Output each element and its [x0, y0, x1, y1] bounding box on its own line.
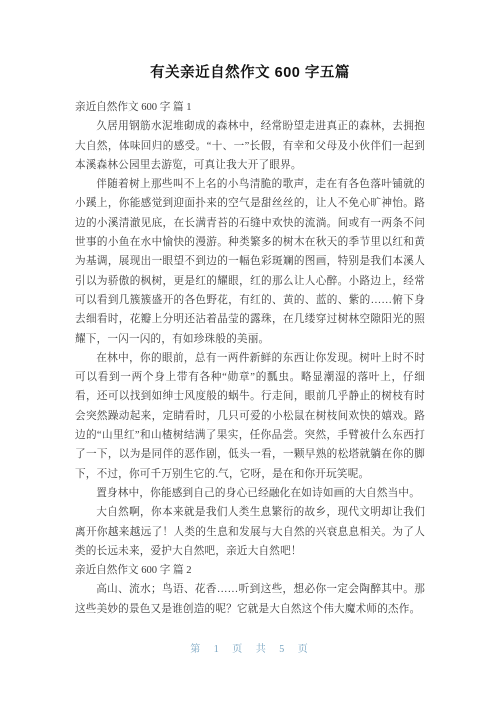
- paragraph: 伴随着树上那些叫不上名的小鸟清脆的歌声，走在有各色落叶铺就的小蹊上，你能感觉到迎…: [75, 175, 425, 349]
- section-1: 亲近自然作文 600 字 篇 1 久居用钢筋水泥堆砌成的森林中，经常盼望走进真正…: [75, 98, 425, 561]
- paragraph: 高山、流水；鸟语、花香……听到这些，想必你一定会陶醉其中。那这些美妙的景色又是谁…: [75, 580, 425, 619]
- paragraph: 置身林中，你能感到自己的身心已经融化在如诗如画的大自然当中。: [75, 484, 425, 503]
- section-1-heading: 亲近自然作文 600 字 篇 1: [75, 98, 425, 117]
- document-title: 有关亲近自然作文 600 字五篇: [75, 63, 425, 83]
- section-2: 亲近自然作文 600 字 篇 2 高山、流水；鸟语、花香……听到这些，想必你一定…: [75, 561, 425, 619]
- paragraph: 久居用钢筋水泥堆砌成的森林中，经常盼望走进真正的森林，去拥抱大自然，体味回归的感…: [75, 117, 425, 175]
- section-2-heading: 亲近自然作文 600 字 篇 2: [75, 561, 425, 580]
- paragraph: 大自然啊，你本来就是我们人类生息繁衍的故乡，现代文明却让我们离开你越来越远了！人…: [75, 503, 425, 561]
- document-page: 有关亲近自然作文 600 字五篇 亲近自然作文 600 字 篇 1 久居用钢筋水…: [0, 0, 500, 707]
- paragraph: 在林中，你的眼前，总有一两件新鲜的东西让你发现。树叶上时不时可以看到一两个身上带…: [75, 349, 425, 484]
- page-number-footer: 第 1 页 共 5 页: [75, 640, 425, 655]
